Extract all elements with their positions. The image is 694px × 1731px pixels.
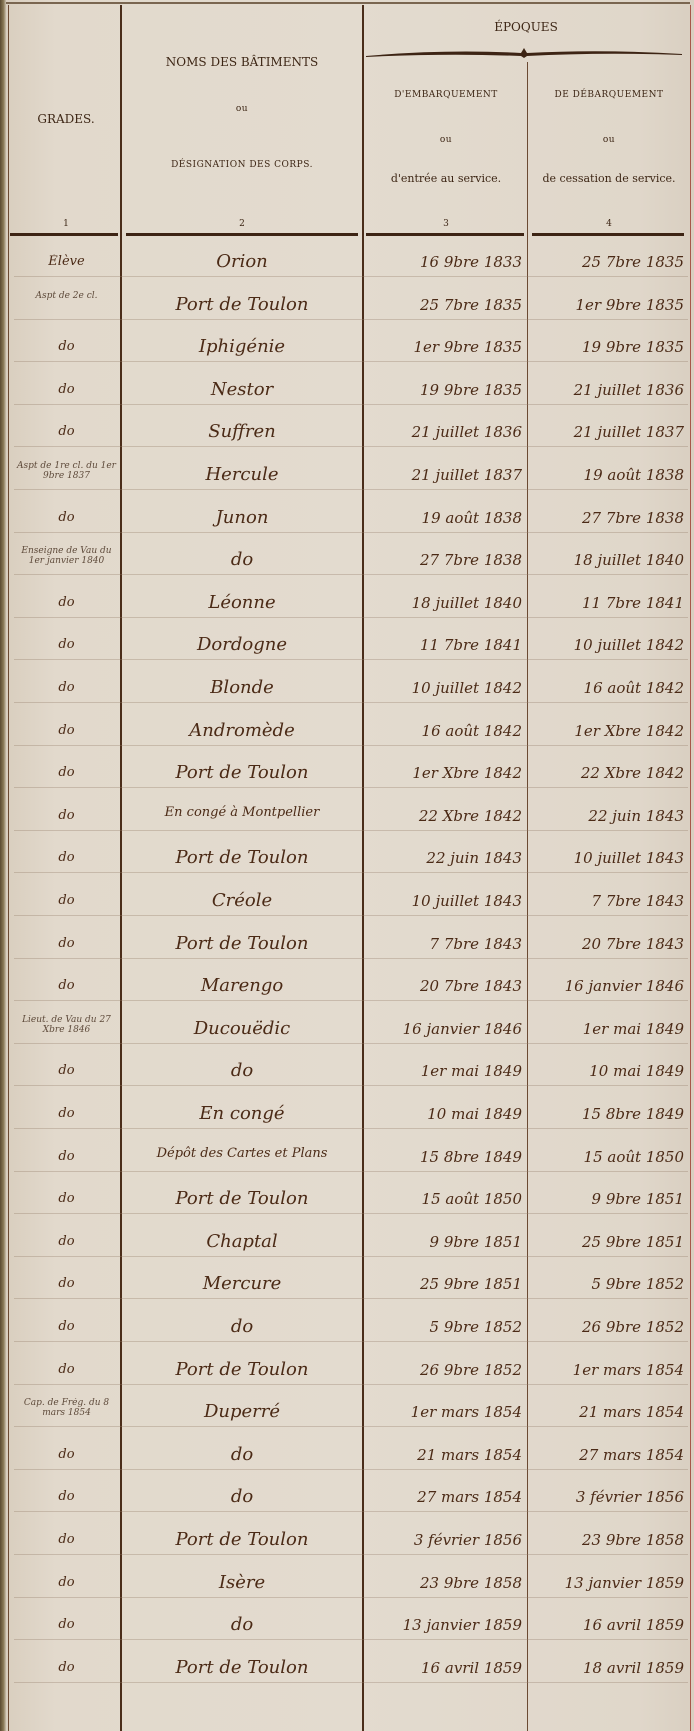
- grade-cell: do: [14, 850, 119, 865]
- header-emb-ou: ou: [366, 135, 526, 145]
- ruled-line: [14, 319, 688, 320]
- column-divider-3: [527, 62, 528, 1731]
- ship-cell: Dépôt des Cartes et Plans: [124, 1146, 360, 1161]
- debarquement-date-cell: 22 juin 1843: [530, 807, 688, 825]
- embarquement-date-cell: 22 juin 1843: [366, 849, 526, 867]
- embarquement-date-cell: 15 8bre 1849: [366, 1148, 526, 1166]
- grade-cell: do: [14, 1447, 119, 1462]
- ship-cell: Port de Toulon: [124, 1529, 360, 1550]
- ruled-line: [14, 1597, 688, 1598]
- brace-ornament: [366, 46, 682, 62]
- embarquement-date-cell: 18 juillet 1840: [366, 594, 526, 612]
- debarquement-date-cell: 21 mars 1854: [530, 1403, 688, 1421]
- embarquement-date-cell: 10 juillet 1843: [366, 892, 526, 910]
- ruled-line: [14, 1000, 688, 1001]
- grade-cell: do: [14, 510, 119, 525]
- header-rule-1: [10, 233, 118, 236]
- ruled-line: [14, 1511, 688, 1512]
- debarquement-date-cell: 5 9bre 1852: [530, 1275, 688, 1293]
- debarquement-date-cell: 18 juillet 1840: [530, 551, 688, 569]
- debarquement-date-cell: 16 avril 1859: [530, 1616, 688, 1634]
- debarquement-date-cell: 15 août 1850: [530, 1148, 688, 1166]
- ship-cell: Blonde: [124, 677, 360, 698]
- register-page: GRADES. NOMS DES BÂTIMENTS ou DÉSIGNATIO…: [0, 0, 694, 1731]
- page-binding-edge: [0, 0, 6, 1731]
- header-noms-ou: ou: [124, 104, 360, 114]
- debarquement-date-cell: 19 9bre 1835: [530, 338, 688, 356]
- debarquement-date-cell: 19 août 1838: [530, 466, 688, 484]
- debarquement-date-cell: 1er Xbre 1842: [530, 722, 688, 740]
- grade-cell: Cap. de Frég. du 8 mars 1854: [14, 1398, 119, 1418]
- grade-cell: do: [14, 1191, 119, 1206]
- column-number-1: 1: [14, 219, 118, 229]
- ship-cell: Chaptal: [124, 1231, 360, 1252]
- ship-cell: Port de Toulon: [124, 1657, 360, 1678]
- grade-cell: do: [14, 1106, 119, 1121]
- ruled-line: [14, 1426, 688, 1427]
- ruled-line: [14, 361, 688, 362]
- ship-cell: Hercule: [124, 464, 360, 485]
- ship-cell: do: [124, 1614, 360, 1635]
- grade-cell: do: [14, 424, 119, 439]
- right-border-line: [690, 5, 691, 1731]
- ship-cell: Duperré: [124, 1401, 360, 1422]
- debarquement-date-cell: 10 juillet 1843: [530, 849, 688, 867]
- debarquement-date-cell: 21 juillet 1837: [530, 423, 688, 441]
- grade-cell: do: [14, 382, 119, 397]
- debarquement-date-cell: 1er 9bre 1835: [530, 296, 688, 314]
- grade-cell: do: [14, 1319, 119, 1334]
- grade-cell: do: [14, 978, 119, 993]
- embarquement-date-cell: 27 mars 1854: [366, 1488, 526, 1506]
- embarquement-date-cell: 25 7bre 1835: [366, 296, 526, 314]
- ruled-line: [14, 446, 688, 447]
- embarquement-date-cell: 16 9bre 1833: [366, 253, 526, 271]
- ruled-line: [14, 787, 688, 788]
- debarquement-date-cell: 1er mars 1854: [530, 1361, 688, 1379]
- embarquement-date-cell: 13 janvier 1859: [366, 1616, 526, 1634]
- grade-cell: do: [14, 1362, 119, 1377]
- debarquement-date-cell: 16 août 1842: [530, 679, 688, 697]
- header-deb-line1: DE DÉBARQUEMENT: [530, 90, 688, 100]
- debarquement-date-cell: 27 7bre 1838: [530, 509, 688, 527]
- header-deb-line2: de cessation de service.: [530, 172, 688, 185]
- ship-cell: Dordogne: [124, 634, 360, 655]
- embarquement-date-cell: 10 mai 1849: [366, 1105, 526, 1123]
- column-number-4: 4: [530, 219, 688, 229]
- header-grades: GRADES.: [14, 112, 118, 126]
- debarquement-date-cell: 3 février 1856: [530, 1488, 688, 1506]
- ship-cell: Orion: [124, 251, 360, 272]
- column-number-3: 3: [366, 219, 526, 229]
- embarquement-date-cell: 26 9bre 1852: [366, 1361, 526, 1379]
- grade-cell: do: [14, 765, 119, 780]
- ruled-line: [14, 1469, 688, 1470]
- debarquement-date-cell: 21 juillet 1836: [530, 381, 688, 399]
- header-rule-4: [532, 233, 684, 236]
- grade-cell: Lieut. de Vau du 27 Xbre 1846: [14, 1015, 119, 1035]
- ship-cell: Port de Toulon: [124, 1359, 360, 1380]
- embarquement-date-cell: 21 juillet 1836: [366, 423, 526, 441]
- ship-cell: Port de Toulon: [124, 762, 360, 783]
- ruled-line: [14, 1554, 688, 1555]
- ruled-line: [14, 276, 688, 277]
- grade-cell: do: [14, 339, 119, 354]
- embarquement-date-cell: 9 9bre 1851: [366, 1233, 526, 1251]
- grade-cell: do: [14, 808, 119, 823]
- embarquement-date-cell: 15 août 1850: [366, 1190, 526, 1208]
- debarquement-date-cell: 13 janvier 1859: [530, 1574, 688, 1592]
- embarquement-date-cell: 19 9bre 1835: [366, 381, 526, 399]
- ruled-line: [14, 1639, 688, 1640]
- embarquement-date-cell: 21 juillet 1837: [366, 466, 526, 484]
- embarquement-date-cell: 16 août 1842: [366, 722, 526, 740]
- header-deb-ou: ou: [530, 135, 688, 145]
- ruled-line: [14, 745, 688, 746]
- embarquement-date-cell: 7 7bre 1843: [366, 935, 526, 953]
- debarquement-date-cell: 11 7bre 1841: [530, 594, 688, 612]
- embarquement-date-cell: 1er 9bre 1835: [366, 338, 526, 356]
- ship-cell: do: [124, 1486, 360, 1507]
- embarquement-date-cell: 22 Xbre 1842: [366, 807, 526, 825]
- ship-cell: do: [124, 549, 360, 570]
- ship-cell: Port de Toulon: [124, 933, 360, 954]
- header-noms-line2: DÉSIGNATION DES CORPS.: [124, 160, 360, 170]
- grade-cell: do: [14, 1276, 119, 1291]
- debarquement-date-cell: 16 janvier 1846: [530, 977, 688, 995]
- embarquement-date-cell: 16 janvier 1846: [366, 1020, 526, 1038]
- ship-cell: Port de Toulon: [124, 1188, 360, 1209]
- debarquement-date-cell: 9 9bre 1851: [530, 1190, 688, 1208]
- grade-cell: do: [14, 1063, 119, 1078]
- ruled-line: [14, 404, 688, 405]
- grade-cell: do: [14, 1660, 119, 1675]
- ruled-line: [14, 1043, 688, 1044]
- ruled-line: [14, 574, 688, 575]
- ship-cell: Créole: [124, 890, 360, 911]
- embarquement-date-cell: 25 9bre 1851: [366, 1275, 526, 1293]
- grade-cell: do: [14, 1575, 119, 1590]
- debarquement-date-cell: 18 avril 1859: [530, 1659, 688, 1677]
- top-border: [6, 2, 690, 4]
- ruled-line: [14, 872, 688, 873]
- embarquement-date-cell: 11 7bre 1841: [366, 636, 526, 654]
- grade-cell: Aspt de 1re cl. du 1er 9bre 1837: [14, 461, 119, 481]
- header-rule-2: [126, 233, 358, 236]
- grade-cell: do: [14, 936, 119, 951]
- ship-cell: Isère: [124, 1572, 360, 1593]
- embarquement-date-cell: 19 août 1838: [366, 509, 526, 527]
- ruled-line: [14, 617, 688, 618]
- ship-cell: En congé: [124, 1103, 360, 1124]
- embarquement-date-cell: 20 7bre 1843: [366, 977, 526, 995]
- ruled-line: [14, 659, 688, 660]
- debarquement-date-cell: 25 7bre 1835: [530, 253, 688, 271]
- header-emb-line2: d'entrée au service.: [366, 172, 526, 185]
- ship-cell: do: [124, 1316, 360, 1337]
- ruled-line: [14, 1682, 688, 1683]
- debarquement-date-cell: 1er mai 1849: [530, 1020, 688, 1038]
- debarquement-date-cell: 27 mars 1854: [530, 1446, 688, 1464]
- debarquement-date-cell: 7 7bre 1843: [530, 892, 688, 910]
- header-epoques: ÉPOQUES: [366, 20, 686, 34]
- grade-cell: do: [14, 1532, 119, 1547]
- grade-cell: do: [14, 680, 119, 695]
- grade-cell: do: [14, 1617, 119, 1632]
- ruled-line: [14, 1213, 688, 1214]
- ship-cell: do: [124, 1444, 360, 1465]
- ruled-line: [14, 1256, 688, 1257]
- embarquement-date-cell: 3 février 1856: [366, 1531, 526, 1549]
- ruled-line: [14, 1171, 688, 1172]
- debarquement-date-cell: 10 mai 1849: [530, 1062, 688, 1080]
- embarquement-date-cell: 21 mars 1854: [366, 1446, 526, 1464]
- ship-cell: En congé à Montpellier: [124, 805, 360, 820]
- grade-cell: do: [14, 723, 119, 738]
- column-divider-2: [362, 5, 364, 1731]
- ruled-line: [14, 1298, 688, 1299]
- debarquement-date-cell: 20 7bre 1843: [530, 935, 688, 953]
- column-divider-1: [120, 5, 122, 1731]
- ruled-line: [14, 702, 688, 703]
- debarquement-date-cell: 25 9bre 1851: [530, 1233, 688, 1251]
- ship-cell: Andromède: [124, 720, 360, 741]
- embarquement-date-cell: 16 avril 1859: [366, 1659, 526, 1677]
- ruled-line: [14, 1085, 688, 1086]
- embarquement-date-cell: 10 juillet 1842: [366, 679, 526, 697]
- ship-cell: Marengo: [124, 975, 360, 996]
- header-rule-3: [366, 233, 524, 236]
- grade-cell: do: [14, 1149, 119, 1164]
- debarquement-date-cell: 23 9bre 1858: [530, 1531, 688, 1549]
- embarquement-date-cell: 1er mai 1849: [366, 1062, 526, 1080]
- grade-cell: do: [14, 893, 119, 908]
- ship-cell: Mercure: [124, 1273, 360, 1294]
- ruled-line: [14, 489, 688, 490]
- ruled-line: [14, 830, 688, 831]
- left-border-line: [8, 5, 9, 1731]
- embarquement-date-cell: 1er Xbre 1842: [366, 764, 526, 782]
- debarquement-date-cell: 15 8bre 1849: [530, 1105, 688, 1123]
- header-noms-line1: NOMS DES BÂTIMENTS: [124, 55, 360, 69]
- grade-cell: do: [14, 595, 119, 610]
- grade-cell: do: [14, 1234, 119, 1249]
- column-number-2: 2: [124, 219, 360, 229]
- ruled-line: [14, 1384, 688, 1385]
- header-emb-line1: D'EMBARQUEMENT: [366, 90, 526, 100]
- embarquement-date-cell: 23 9bre 1858: [366, 1574, 526, 1592]
- ruled-line: [14, 958, 688, 959]
- ship-cell: Port de Toulon: [124, 847, 360, 868]
- embarquement-date-cell: 5 9bre 1852: [366, 1318, 526, 1336]
- debarquement-date-cell: 22 Xbre 1842: [530, 764, 688, 782]
- embarquement-date-cell: 1er mars 1854: [366, 1403, 526, 1421]
- ship-cell: Iphigénie: [124, 336, 360, 357]
- ruled-line: [14, 1341, 688, 1342]
- ship-cell: Port de Toulon: [124, 294, 360, 315]
- ship-cell: do: [124, 1060, 360, 1081]
- grade-cell: do: [14, 1489, 119, 1504]
- ruled-line: [14, 915, 688, 916]
- ruled-line: [14, 532, 688, 533]
- embarquement-date-cell: 27 7bre 1838: [366, 551, 526, 569]
- ship-cell: Nestor: [124, 379, 360, 400]
- ship-cell: Suffren: [124, 421, 360, 442]
- grade-cell: Enseigne de Vau du 1er janvier 1840: [14, 546, 119, 566]
- ship-cell: Ducouëdic: [124, 1018, 360, 1039]
- grade-cell: Aspt de 2e cl.: [14, 291, 119, 301]
- grade-cell: Élève: [14, 254, 119, 269]
- ship-cell: Junon: [124, 507, 360, 528]
- ruled-line: [14, 1128, 688, 1129]
- debarquement-date-cell: 26 9bre 1852: [530, 1318, 688, 1336]
- ship-cell: Léonne: [124, 592, 360, 613]
- debarquement-date-cell: 10 juillet 1842: [530, 636, 688, 654]
- grade-cell: do: [14, 637, 119, 652]
